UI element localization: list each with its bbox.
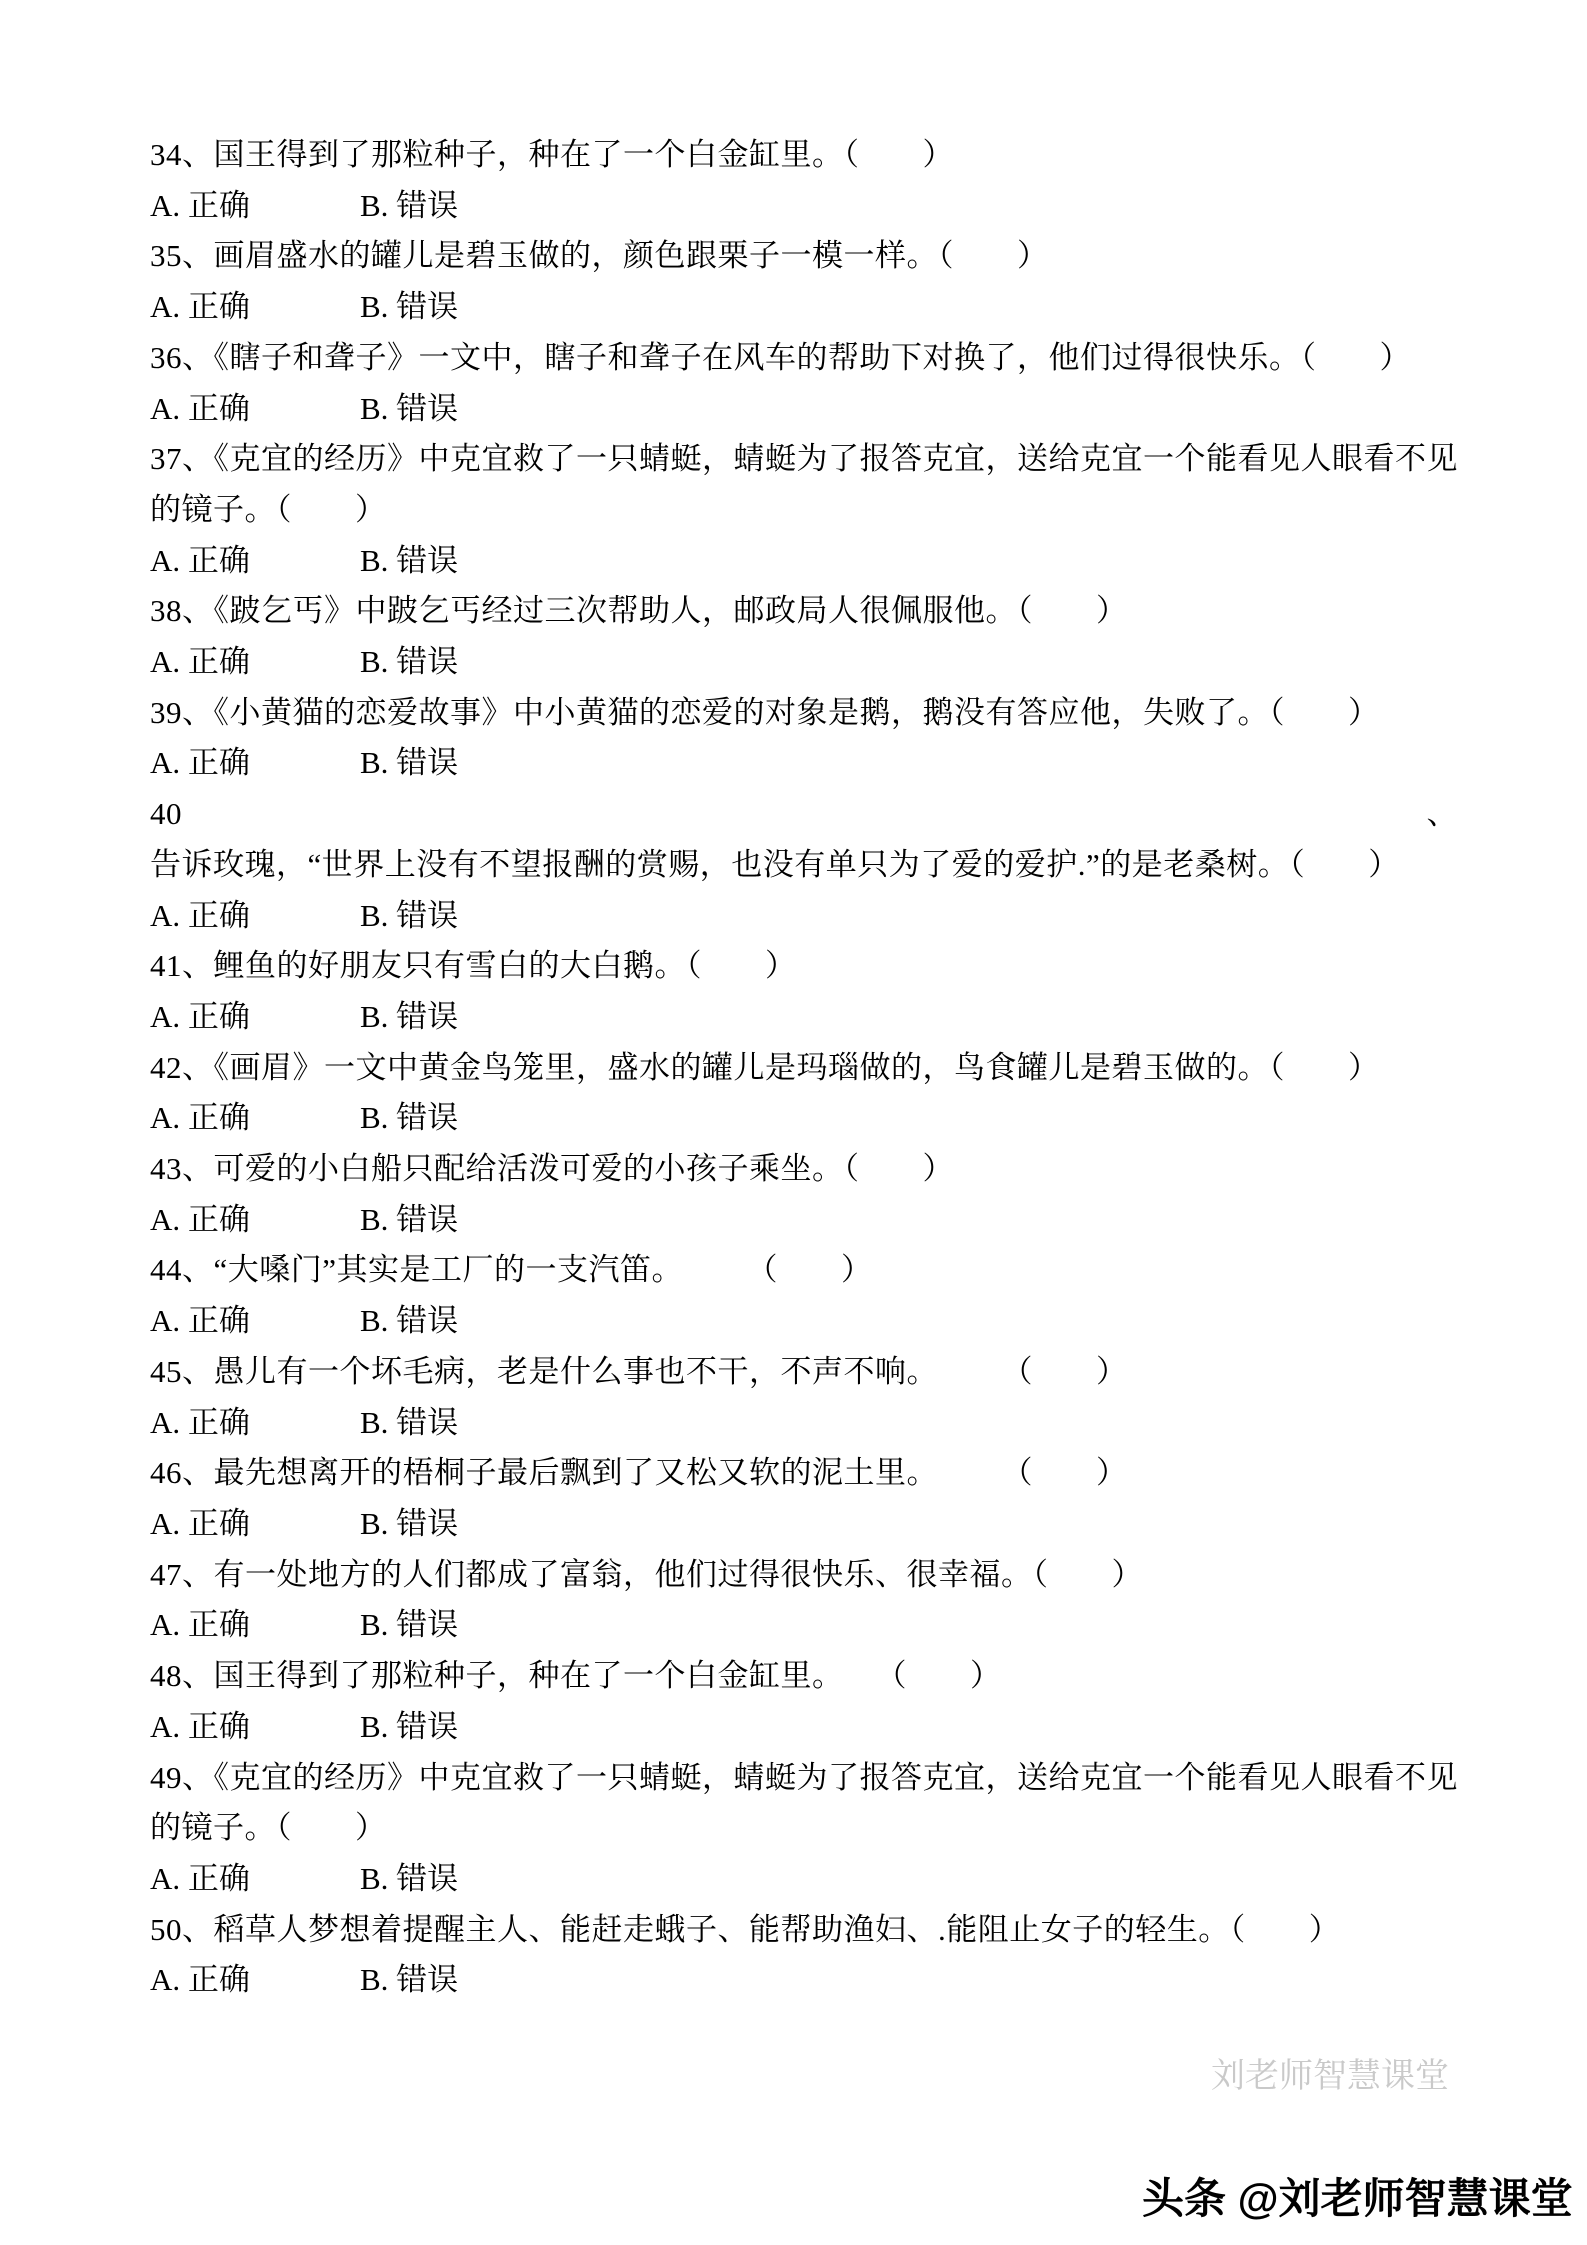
option-b: B. 错误	[360, 384, 458, 435]
question-body: 鲤鱼的好朋友只有雪白的大白鹅。（ ）	[214, 948, 797, 983]
option-a: A. 正确	[150, 1499, 360, 1550]
question-text: 47、有一处地方的人们都成了富翁，他们过得很快乐、很幸福。（ ）	[150, 1550, 1458, 1601]
question-body: 《克宜的经历》中克宜救了一只蜻蜓，蜻蜓为了报答克宜，送给克宜一个能看见人眼看不见…	[150, 1760, 1458, 1846]
question-text: 42、《画眉》一文中黄金鸟笼里，盛水的罐儿是玛瑙做的，鸟食罐儿是碧玉做的。（ ）	[150, 1043, 1458, 1094]
question-body: 愚儿有一个坏毛病，老是什么事也不干，不声不响。 （ ）	[214, 1354, 1128, 1389]
option-b: B. 错误	[360, 992, 458, 1043]
question-text: 37、《克宜的经历》中克宜救了一只蜻蜓，蜻蜓为了报答克宜，送给克宜一个能看见人眼…	[150, 434, 1458, 535]
question-item: 47、有一处地方的人们都成了富翁，他们过得很快乐、很幸福。（ ）A. 正确B. …	[150, 1550, 1458, 1651]
question-body: 有一处地方的人们都成了富翁，他们过得很快乐、很幸福。（ ）	[214, 1557, 1144, 1592]
option-a: A. 正确	[150, 637, 360, 688]
question-number: 44、	[150, 1252, 214, 1287]
answer-options: A. 正确B. 错误	[150, 1398, 1458, 1449]
question-text: 40、告诉玫瑰，“世界上没有不望报酬的赏赐，也没有单只为了爱的爱护.”的是老桑树…	[150, 789, 1458, 890]
answer-options: A. 正确B. 错误	[150, 1296, 1458, 1347]
question-item: 50、稻草人梦想着提醒主人、能赶走蛾子、能帮助渔妇、.能阻止女子的轻生。（ ）A…	[150, 1905, 1458, 2006]
option-a: A. 正确	[150, 1600, 360, 1651]
option-b: B. 错误	[360, 1600, 458, 1651]
question-item: 43、可爱的小白船只配给活泼可爱的小孩子乘坐。（ ）A. 正确B. 错误	[150, 1144, 1458, 1245]
option-a: A. 正确	[150, 181, 360, 232]
option-a: A. 正确	[150, 1398, 360, 1449]
option-a: A. 正确	[150, 1195, 360, 1246]
question-number: 49、	[150, 1760, 214, 1795]
question-number: 46、	[150, 1455, 214, 1490]
question-item: 36、《瞎子和聋子》一文中，瞎子和聋子在风车的帮助下对换了，他们过得很快乐。（ …	[150, 333, 1458, 434]
option-a: A. 正确	[150, 1093, 360, 1144]
question-item: 45、愚儿有一个坏毛病，老是什么事也不干，不声不响。 （ ）A. 正确B. 错误	[150, 1347, 1458, 1448]
question-item: 48、国王得到了那粒种子，种在了一个白金缸里。 （ ）A. 正确B. 错误	[150, 1651, 1458, 1752]
option-a: A. 正确	[150, 1296, 360, 1347]
answer-options: A. 正确B. 错误	[150, 1195, 1458, 1246]
answer-options: A. 正确B. 错误	[150, 384, 1458, 435]
question-item: 34、国王得到了那粒种子，种在了一个白金缸里。（ ）A. 正确B. 错误	[150, 130, 1458, 231]
option-b: B. 错误	[360, 1195, 458, 1246]
question-text: 41、鲤鱼的好朋友只有雪白的大白鹅。（ ）	[150, 941, 1458, 992]
option-b: B. 错误	[360, 1499, 458, 1550]
question-number: 41、	[150, 948, 214, 983]
answer-options: A. 正确B. 错误	[150, 1499, 1458, 1550]
question-number: 48、	[150, 1658, 214, 1693]
answer-options: A. 正确B. 错误	[150, 1702, 1458, 1753]
option-b: B. 错误	[360, 1955, 458, 2006]
option-a: A. 正确	[150, 1955, 360, 2006]
watermark-text: 刘老师智慧课堂	[1211, 2048, 1449, 2097]
question-item: 42、《画眉》一文中黄金鸟笼里，盛水的罐儿是玛瑙做的，鸟食罐儿是碧玉做的。（ ）…	[150, 1043, 1458, 1144]
question-body: 国王得到了那粒种子，种在了一个白金缸里。 （ ）	[214, 1658, 1002, 1693]
option-b: B. 错误	[360, 738, 458, 789]
option-b: B. 错误	[360, 536, 458, 587]
option-a: A. 正确	[150, 992, 360, 1043]
question-text: 48、国王得到了那粒种子，种在了一个白金缸里。 （ ）	[150, 1651, 1458, 1702]
answer-options: A. 正确B. 错误	[150, 1093, 1458, 1144]
question-text: 35、画眉盛水的罐儿是碧玉做的，颜色跟栗子一模一样。（ ）	[150, 231, 1458, 282]
question-body: 最先想离开的梧桐子最后飘到了又松又软的泥土里。 （ ）	[214, 1455, 1128, 1490]
question-text: 36、《瞎子和聋子》一文中，瞎子和聋子在风车的帮助下对换了，他们过得很快乐。（ …	[150, 333, 1458, 384]
question-number: 36、	[150, 340, 214, 375]
question-number: 40、	[150, 796, 1458, 831]
option-b: B. 错误	[360, 181, 458, 232]
question-item: 39、《小黄猫的恋爱故事》中小黄猫的恋爱的对象是鹅，鹅没有答应他，失败了。（ ）…	[150, 688, 1458, 789]
answer-options: A. 正确B. 错误	[150, 181, 1458, 232]
footer-byline: 头条 @刘老师智慧课堂	[1142, 2166, 1573, 2226]
question-body: 《瞎子和聋子》一文中，瞎子和聋子在风车的帮助下对换了，他们过得很快乐。（ ）	[214, 340, 1412, 375]
question-body: 告诉玫瑰，“世界上没有不望报酬的赏赐，也没有单只为了爱的爱护.”的是老桑树。（ …	[150, 847, 1400, 882]
question-body: 画眉盛水的罐儿是碧玉做的，颜色跟栗子一模一样。（ ）	[214, 238, 1049, 273]
question-text: 34、国王得到了那粒种子，种在了一个白金缸里。（ ）	[150, 130, 1458, 181]
question-text: 49、《克宜的经历》中克宜救了一只蜻蜓，蜻蜓为了报答克宜，送给克宜一个能看见人眼…	[150, 1753, 1458, 1854]
question-number: 47、	[150, 1557, 214, 1592]
question-number: 39、	[150, 695, 214, 730]
option-a: A. 正确	[150, 1854, 360, 1905]
answer-options: A. 正确B. 错误	[150, 1955, 1458, 2006]
question-body: 稻草人梦想着提醒主人、能赶走蛾子、能帮助渔妇、.能阻止女子的轻生。（ ）	[214, 1912, 1341, 1947]
option-b: B. 错误	[360, 1398, 458, 1449]
option-b: B. 错误	[360, 637, 458, 688]
question-text: 44、“大嗓门”其实是工厂的一支汽笛。 （ ）	[150, 1245, 1458, 1296]
question-text: 50、稻草人梦想着提醒主人、能赶走蛾子、能帮助渔妇、.能阻止女子的轻生。（ ）	[150, 1905, 1458, 1956]
answer-options: A. 正确B. 错误	[150, 1854, 1458, 1905]
option-b: B. 错误	[360, 1296, 458, 1347]
question-text: 45、愚儿有一个坏毛病，老是什么事也不干，不声不响。 （ ）	[150, 1347, 1458, 1398]
question-item: 38、《跛乞丐》中跛乞丐经过三次帮助人，邮政局人很佩服他。（ ）A. 正确B. …	[150, 586, 1458, 687]
question-item: 40、告诉玫瑰，“世界上没有不望报酬的赏赐，也没有单只为了爱的爱护.”的是老桑树…	[150, 789, 1458, 941]
question-body: 《跛乞丐》中跛乞丐经过三次帮助人，邮政局人很佩服他。（ ）	[214, 593, 1128, 628]
option-b: B. 错误	[360, 1093, 458, 1144]
answer-options: A. 正确B. 错误	[150, 282, 1458, 333]
question-item: 37、《克宜的经历》中克宜救了一只蜻蜓，蜻蜓为了报答克宜，送给克宜一个能看见人眼…	[150, 434, 1458, 586]
option-b: B. 错误	[360, 891, 458, 942]
question-body: 可爱的小白船只配给活泼可爱的小孩子乘坐。（ ）	[214, 1151, 955, 1186]
question-number: 42、	[150, 1050, 214, 1085]
question-number: 35、	[150, 238, 214, 273]
question-item: 46、最先想离开的梧桐子最后飘到了又松又软的泥土里。 （ ）A. 正确B. 错误	[150, 1448, 1458, 1549]
option-a: A. 正确	[150, 1702, 360, 1753]
question-number: 38、	[150, 593, 214, 628]
question-number: 43、	[150, 1151, 214, 1186]
option-b: B. 错误	[360, 1702, 458, 1753]
question-text: 38、《跛乞丐》中跛乞丐经过三次帮助人，邮政局人很佩服他。（ ）	[150, 586, 1458, 637]
option-a: A. 正确	[150, 891, 360, 942]
answer-options: A. 正确B. 错误	[150, 1600, 1458, 1651]
option-a: A. 正确	[150, 282, 360, 333]
answer-options: A. 正确B. 错误	[150, 891, 1458, 942]
question-body: 国王得到了那粒种子，种在了一个白金缸里。（ ）	[214, 137, 955, 172]
question-item: 49、《克宜的经历》中克宜救了一只蜻蜓，蜻蜓为了报答克宜，送给克宜一个能看见人眼…	[150, 1753, 1458, 1905]
question-item: 44、“大嗓门”其实是工厂的一支汽笛。 （ ）A. 正确B. 错误	[150, 1245, 1458, 1346]
question-number: 34、	[150, 137, 214, 172]
question-text: 46、最先想离开的梧桐子最后飘到了又松又软的泥土里。 （ ）	[150, 1448, 1458, 1499]
option-b: B. 错误	[360, 1854, 458, 1905]
question-body: “大嗓门”其实是工厂的一支汽笛。 （ ）	[214, 1252, 873, 1287]
question-list: 34、国王得到了那粒种子，种在了一个白金缸里。（ ）A. 正确B. 错误35、画…	[150, 130, 1458, 2006]
option-b: B. 错误	[360, 282, 458, 333]
question-item: 35、画眉盛水的罐儿是碧玉做的，颜色跟栗子一模一样。（ ）A. 正确B. 错误	[150, 231, 1458, 332]
question-text: 39、《小黄猫的恋爱故事》中小黄猫的恋爱的对象是鹅，鹅没有答应他，失败了。（ ）	[150, 688, 1458, 739]
answer-options: A. 正确B. 错误	[150, 637, 1458, 688]
answer-options: A. 正确B. 错误	[150, 536, 1458, 587]
option-a: A. 正确	[150, 536, 360, 587]
option-a: A. 正确	[150, 738, 360, 789]
question-body: 《克宜的经历》中克宜救了一只蜻蜓，蜻蜓为了报答克宜，送给克宜一个能看见人眼看不见…	[150, 441, 1458, 527]
question-item: 41、鲤鱼的好朋友只有雪白的大白鹅。（ ）A. 正确B. 错误	[150, 941, 1458, 1042]
question-text: 43、可爱的小白船只配给活泼可爱的小孩子乘坐。（ ）	[150, 1144, 1458, 1195]
question-number: 50、	[150, 1912, 214, 1947]
answer-options: A. 正确B. 错误	[150, 992, 1458, 1043]
option-a: A. 正确	[150, 384, 360, 435]
question-number: 45、	[150, 1354, 214, 1389]
answer-options: A. 正确B. 错误	[150, 738, 1458, 789]
question-body: 《画眉》一文中黄金鸟笼里，盛水的罐儿是玛瑙做的，鸟食罐儿是碧玉做的。（ ）	[214, 1050, 1380, 1085]
question-body: 《小黄猫的恋爱故事》中小黄猫的恋爱的对象是鹅，鹅没有答应他，失败了。（ ）	[214, 695, 1380, 730]
question-number: 37、	[150, 441, 214, 476]
